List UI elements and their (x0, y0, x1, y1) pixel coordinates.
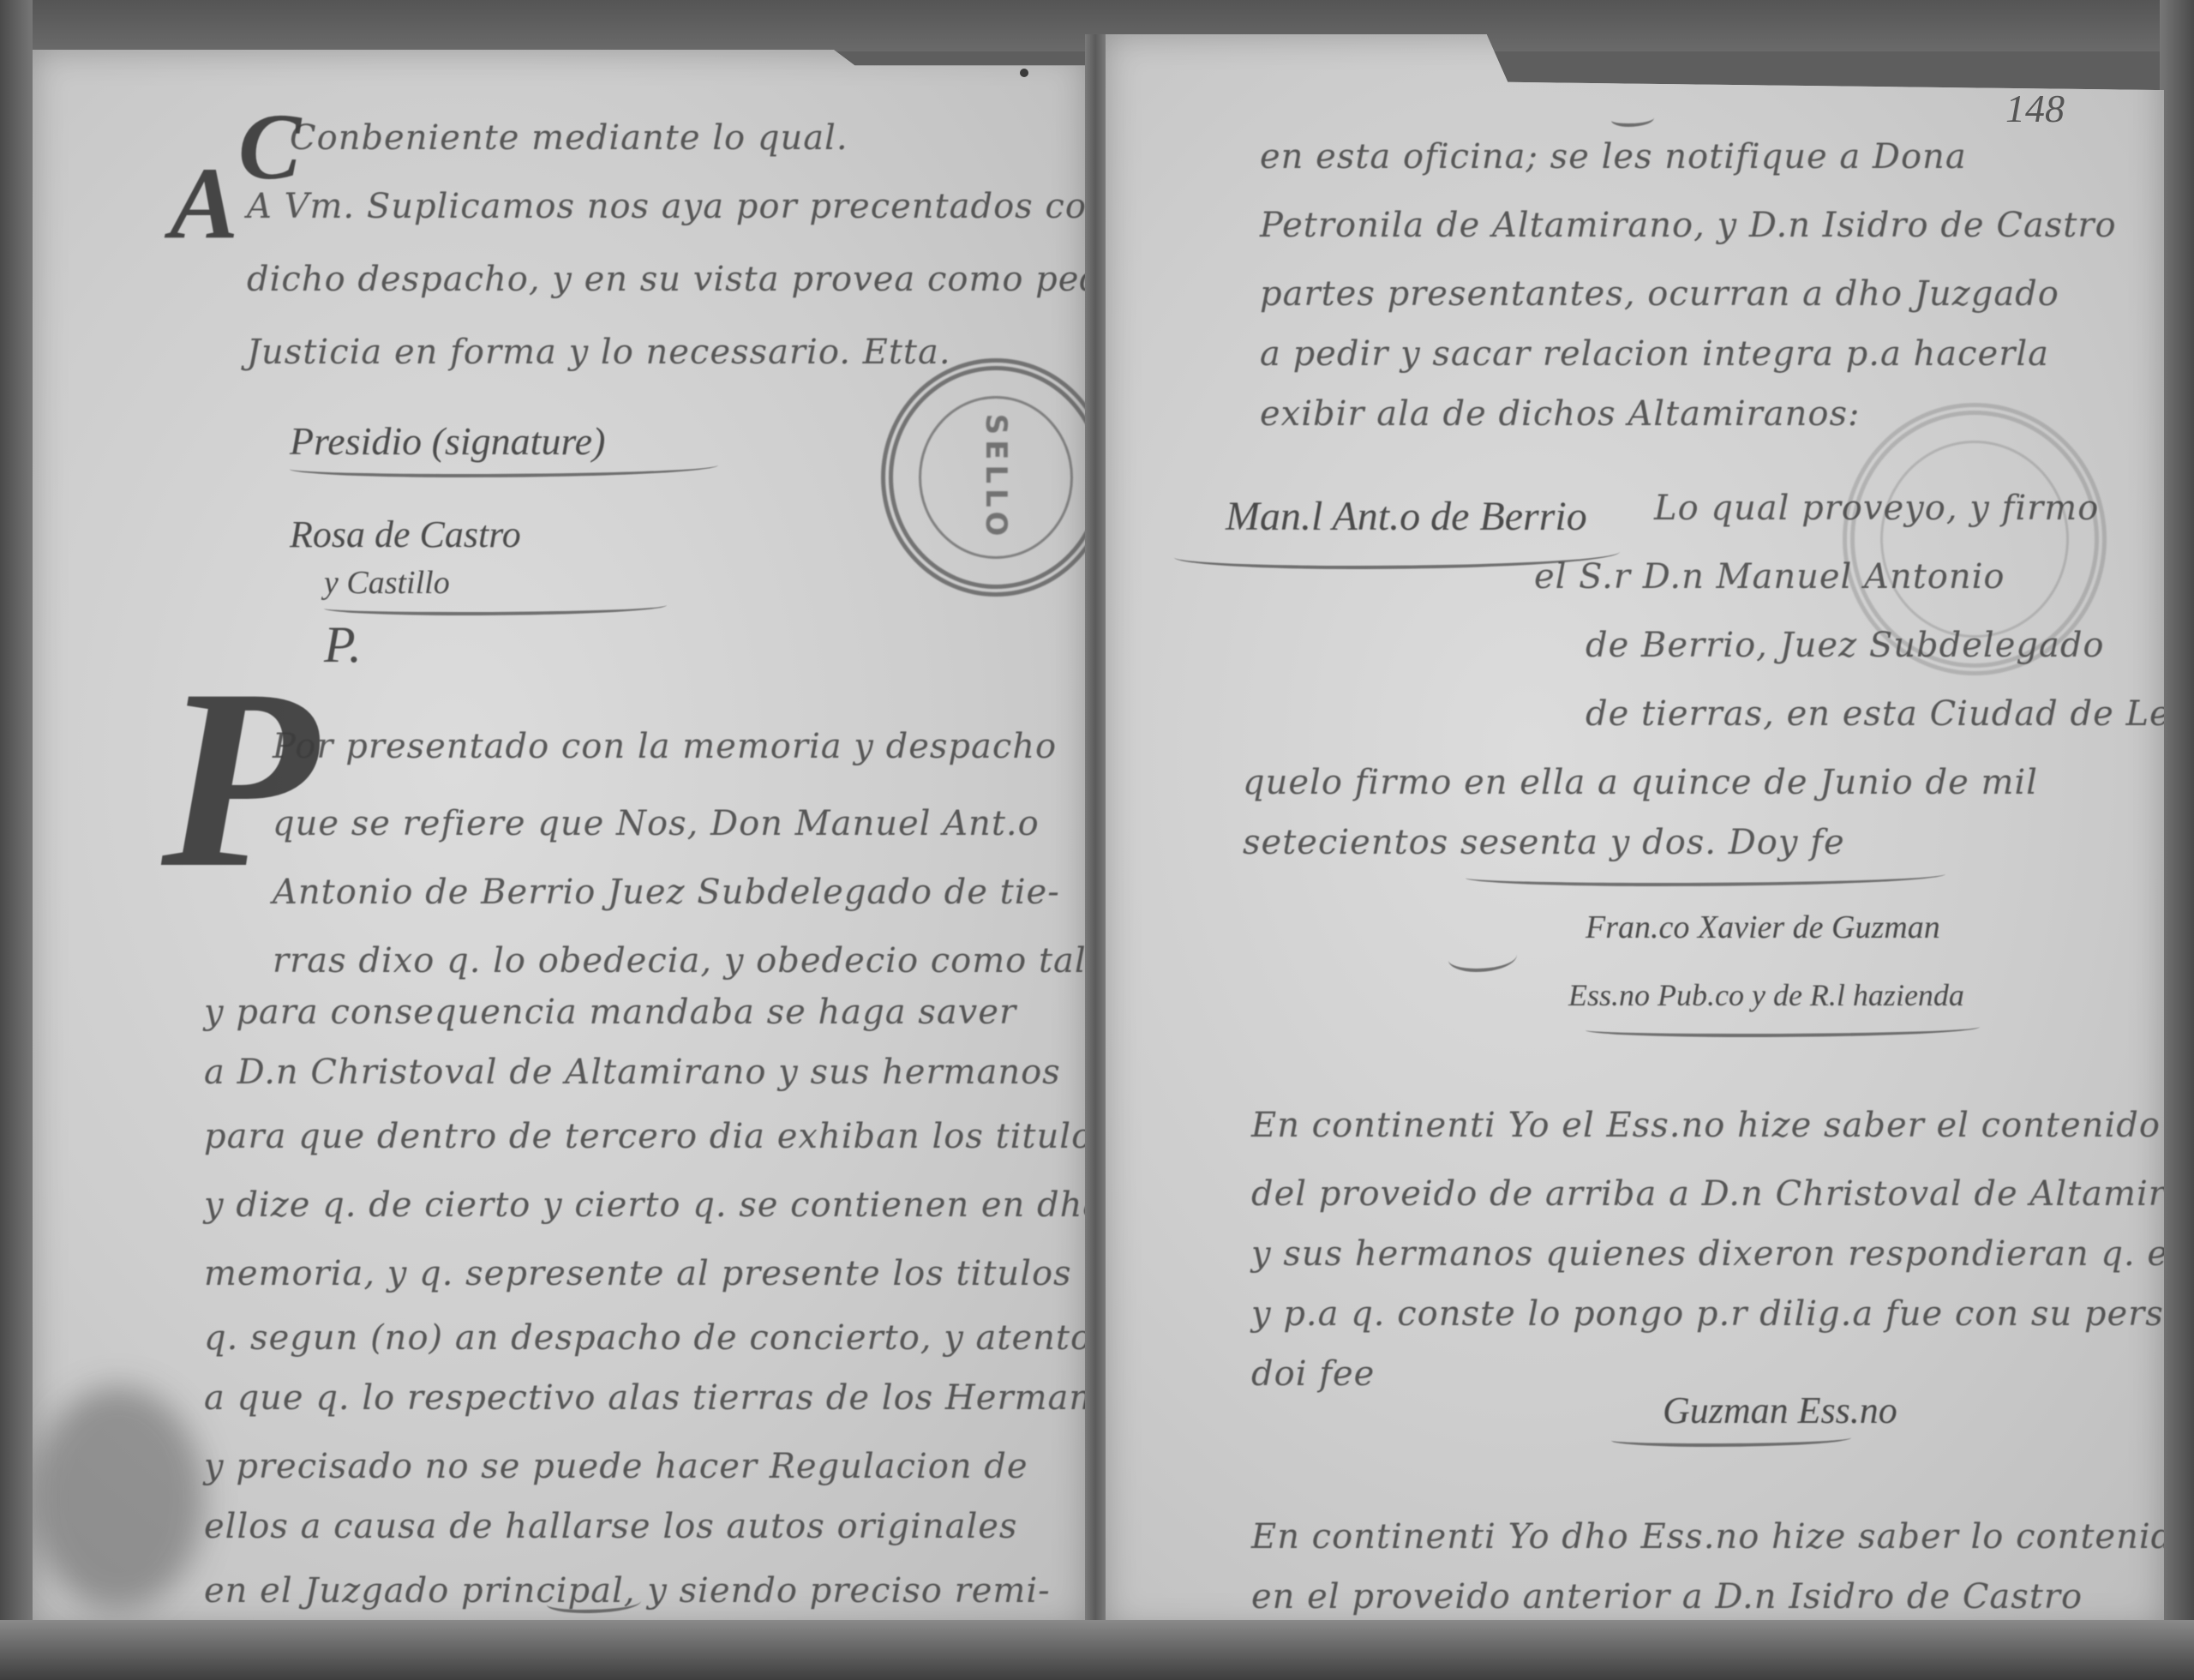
decree-line: setecientos sesenta y dos. Doy fe (1243, 823, 1845, 862)
notary-signature-title: Ess.no Pub.co y de R.l hazienda (1568, 977, 1964, 1013)
decree-line: memoria, y q. sepresente al presente los… (204, 1254, 1072, 1293)
decree-line: de tierras, en esta Ciudad de Leon (1586, 694, 2194, 734)
petition-line: Justicia en forma y lo necessario. Etta. (247, 333, 951, 372)
notification-line: del proveido de arriba a D.n Christoval … (1251, 1174, 2173, 1214)
petition-line: dicho despacho, y en su vista provea com… (247, 260, 1159, 299)
right-page: 148 en esta oficina; se les notifique a … (1106, 34, 2164, 1629)
decree-line: Lo qual proveyo, y firmo (1654, 489, 2099, 528)
body-line: partes presentantes, ocurran a dho Juzga… (1260, 274, 2059, 314)
decree-line: a que q. lo respectivo alas tierras de l… (204, 1378, 1132, 1418)
ink-spot (1020, 69, 1028, 77)
seal-inner-ring (1880, 441, 2069, 638)
notification-signature: Guzman Ess.no (1663, 1389, 1897, 1432)
decree-line: ellos a causa de hallarse los autos orig… (204, 1507, 1017, 1546)
signature-underline (324, 598, 667, 615)
decree-line: q. segun (no) an despacho de concierto, … (204, 1318, 1092, 1358)
book-gutter (1085, 34, 1106, 1646)
signature-underline (290, 457, 718, 477)
notification-line: En continenti Yo el Ess.no hize saber el… (1251, 1106, 2161, 1145)
folio-number: 148 (2005, 86, 2065, 131)
notary-signature-name: Fran.co Xavier de Guzman (1586, 909, 1940, 946)
decree-line: que se refiere que Nos, Don Manuel Ant.o (273, 804, 1040, 843)
signature-flourish (1466, 866, 1945, 886)
notification-line: En continenti Yo dho Ess.no hize saber l… (1251, 1517, 2194, 1557)
decree-initial-p: P (161, 650, 318, 907)
decree-line: de Berrio, Juez Subdelegado (1586, 626, 2105, 665)
body-line: exibir ala de dichos Altamiranos: (1260, 394, 1860, 434)
decree-line: quelo firmo en ella a quince de Junio de… (1243, 763, 2038, 802)
official-seal-stamp: SELLO (881, 358, 1111, 597)
decree-line: para que dentro de tercero dia exhiban l… (204, 1117, 1123, 1156)
decree-line: y precisado no se puede hacer Regulacion… (204, 1447, 1028, 1486)
decree-line: Antonio de Berrio Juez Subdelegado de ti… (273, 873, 1060, 912)
scan-frame-left (0, 0, 33, 1680)
notification-line: y p.a q. conste lo pongo p.r dilig.a fue… (1251, 1294, 2194, 1334)
initial-letter-a: A (170, 144, 238, 262)
signature-castillo: y Castillo (324, 564, 450, 602)
decree-line: y dize q. de cierto y cierto q. se conti… (204, 1185, 1104, 1225)
body-line: a pedir y sacar relacion integra p.a hac… (1260, 334, 2049, 374)
decree-line: Por presentado con la memoria y despacho (273, 727, 1057, 766)
notification-line: doi fee (1251, 1354, 1375, 1394)
petition-line: A Vm. Suplicamos nos aya por precentados… (247, 187, 1110, 226)
body-line: en esta oficina; se les notifique a Dona (1260, 137, 1967, 177)
ink-flourish (1611, 111, 1654, 127)
ink-flourish (1448, 943, 1517, 972)
scan-frame-right (2160, 0, 2194, 1680)
signature-underline (1586, 1020, 1980, 1037)
seal-text: SELLO (979, 414, 1013, 542)
decree-heading: P. (324, 615, 362, 675)
left-page: C A Conbeniente mediante lo qual. A Vm. … (33, 50, 1087, 1627)
signature-berrio: Man.l Ant.o de Berrio (1226, 493, 1587, 540)
body-line: Petronila de Altamirano, y D.n Isidro de… (1260, 206, 2117, 245)
signature-rosa-de-castro: Rosa de Castro (290, 513, 521, 556)
signature-underline (1611, 1431, 1851, 1447)
petition-line: Conbeniente mediante lo qual. (290, 118, 848, 158)
decree-line: a D.n Christoval de Altamirano y sus her… (204, 1053, 1061, 1092)
decree-line: el S.r D.n Manuel Antonio (1534, 557, 2005, 597)
stain (33, 1387, 204, 1610)
decree-line: rras dixo q. lo obedecia, y obedecio com… (273, 941, 1087, 981)
scan-frame-bottom (0, 1620, 2194, 1680)
decree-line: y para consequencia mandaba se haga save… (204, 993, 1016, 1032)
notification-line: y sus hermanos quienes dixeron respondie… (1251, 1234, 2194, 1274)
notification-line: en el proveido anterior a D.n Isidro de … (1251, 1577, 2083, 1617)
